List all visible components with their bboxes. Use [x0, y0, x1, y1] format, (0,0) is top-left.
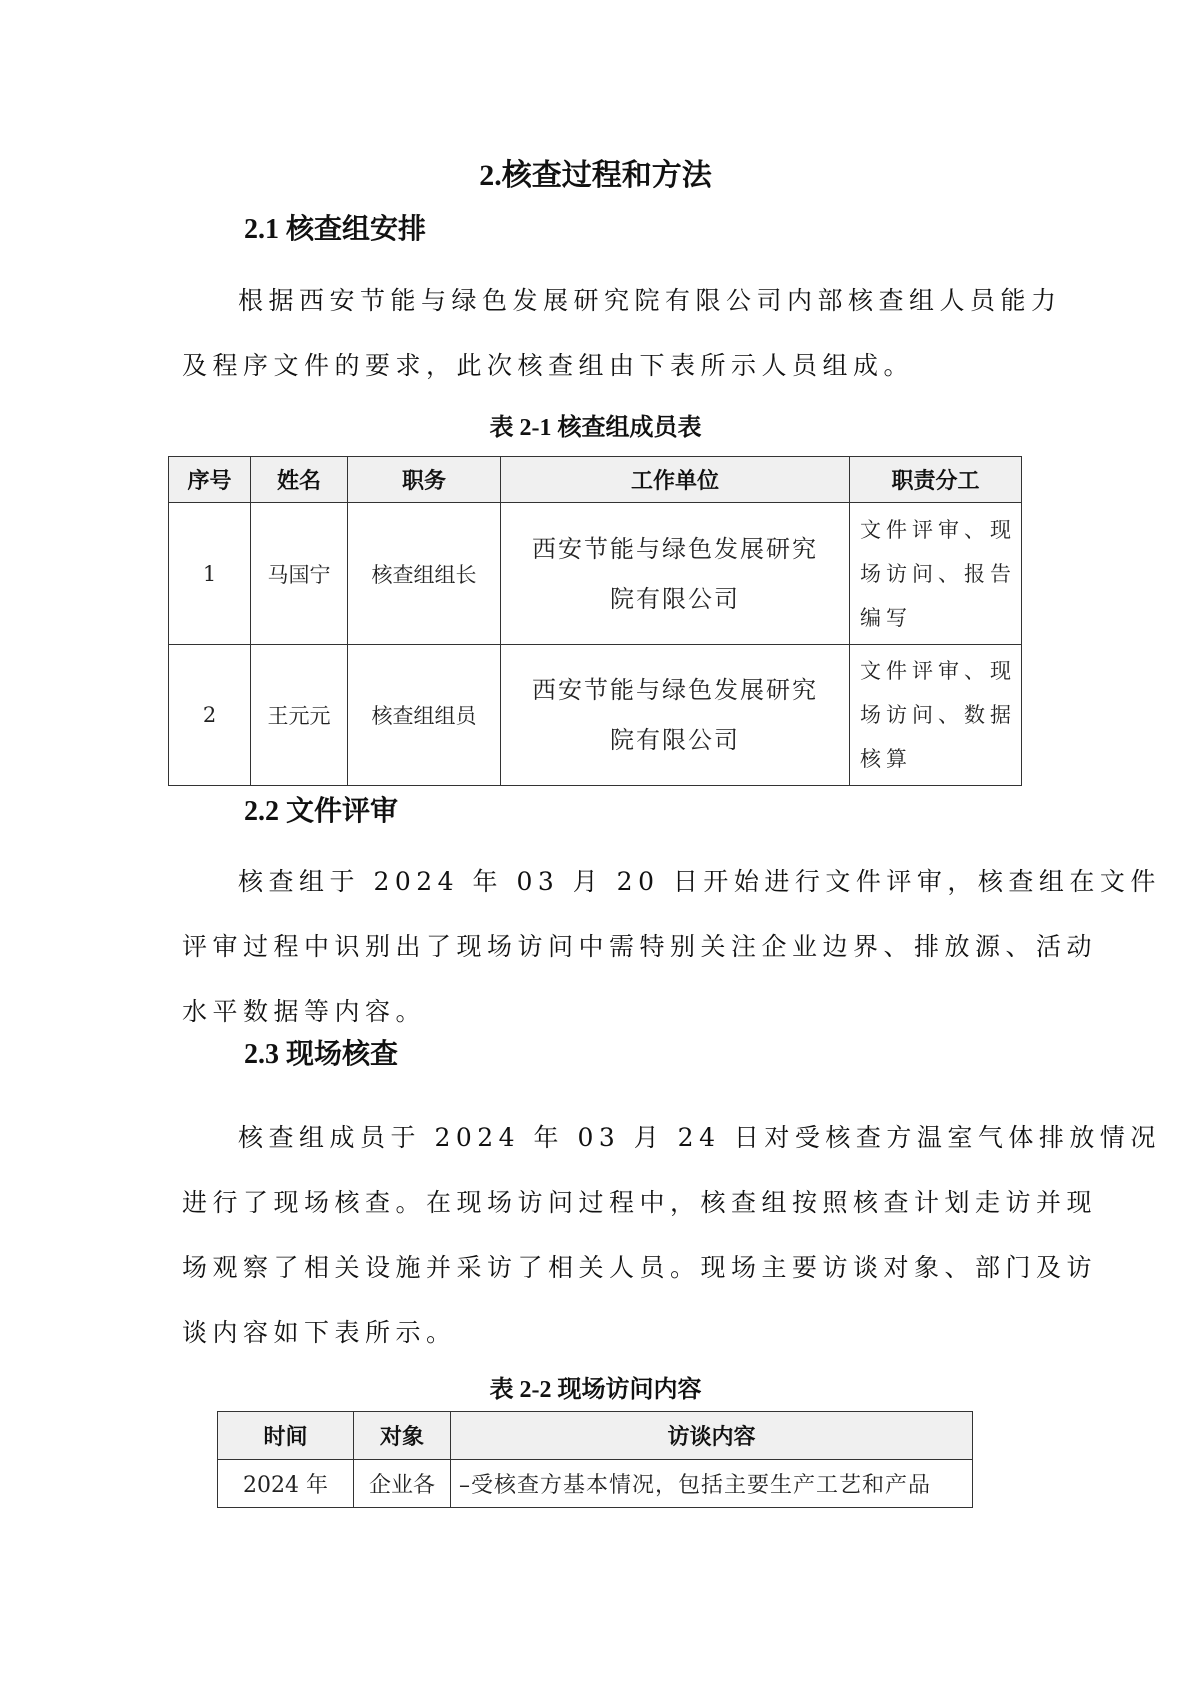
paragraph-line: 场观察了相关设施并采访了相关人员。现场主要访谈对象、部门及访: [182, 1235, 1022, 1300]
paragraph-line: 核查组于 2024 年 03 月 20 日开始进行文件评审，核查组在文件: [182, 849, 1022, 914]
table-header-row: 时间 对象 访谈内容: [218, 1412, 973, 1460]
cell-duty-line: 编写: [860, 596, 1021, 640]
cell-content: –受核查方基本情况，包括主要生产工艺和产品: [451, 1460, 973, 1508]
cell-time: 2024 年: [218, 1460, 354, 1508]
header-cell-duty: 职责分工: [850, 457, 1022, 503]
table-row: 1 马国宁 核查组组长 西安节能与绿色发展研究 院有限公司 文件评审、现 场访问…: [169, 503, 1022, 645]
paragraph-line: 核查组成员于 2024 年 03 月 24 日对受核查方温室气体排放情况: [182, 1105, 1022, 1170]
header-cell-unit: 工作单位: [501, 457, 850, 503]
cell-no: 2: [169, 645, 251, 786]
cell-duty: 文件评审、现 场访问、报告 编写: [850, 503, 1022, 645]
cell-unit-line: 西安节能与绿色发展研究: [501, 524, 849, 574]
paragraph-2-1: 根据西安节能与绿色发展研究院有限公司内部核查组人员能力 及程序文件的要求，此次核…: [182, 268, 1022, 398]
header-cell-target: 对象: [354, 1412, 451, 1460]
cell-unit-line: 院有限公司: [501, 574, 849, 624]
cell-duty-line: 场访问、数据: [860, 693, 1021, 737]
paragraph-2-2: 核查组于 2024 年 03 月 20 日开始进行文件评审，核查组在文件 评审过…: [182, 849, 1022, 1044]
table-header-row: 序号 姓名 职务 工作单位 职责分工: [169, 457, 1022, 503]
paragraph-2-3: 核查组成员于 2024 年 03 月 24 日对受核查方温室气体排放情况 进行了…: [182, 1105, 1022, 1365]
cell-name: 马国宁: [251, 503, 348, 645]
cell-duty-line: 场访问、报告: [860, 552, 1021, 596]
table-2-1-caption: 表 2-1 核查组成员表: [0, 413, 1191, 443]
table-row: 2 王元元 核查组组员 西安节能与绿色发展研究 院有限公司 文件评审、现 场访问…: [169, 645, 1022, 786]
header-cell-no: 序号: [169, 457, 251, 503]
table-row: 2024 年 企业各 –受核查方基本情况，包括主要生产工艺和产品: [218, 1460, 973, 1508]
cell-unit-line: 西安节能与绿色发展研究: [501, 665, 849, 715]
paragraph-line: 进行了现场核查。在现场访问过程中，核查组按照核查计划走访并现: [182, 1170, 1022, 1235]
paragraph-line: 及程序文件的要求，此次核查组由下表所示人员组成。: [182, 333, 1022, 398]
cell-duty-line: 核算: [860, 737, 1021, 781]
header-cell-content: 访谈内容: [451, 1412, 973, 1460]
table-2-2-caption: 表 2-2 现场访问内容: [0, 1375, 1191, 1405]
table-2-2: 时间 对象 访谈内容 2024 年 企业各 –受核查方基本情况，包括主要生产工艺…: [217, 1411, 973, 1508]
cell-unit: 西安节能与绿色发展研究 院有限公司: [501, 503, 850, 645]
cell-unit-line: 院有限公司: [501, 715, 849, 765]
paragraph-line: 根据西安节能与绿色发展研究院有限公司内部核查组人员能力: [182, 268, 1022, 333]
heading-2-1: 2.1 核查组安排: [244, 213, 426, 247]
section-title: 2.核查过程和方法: [0, 158, 1191, 194]
cell-duty: 文件评审、现 场访问、数据 核算: [850, 645, 1022, 786]
header-cell-name: 姓名: [251, 457, 348, 503]
cell-no: 1: [169, 503, 251, 645]
header-cell-time: 时间: [218, 1412, 354, 1460]
cell-role: 核查组组长: [348, 503, 501, 645]
table-2-1: 序号 姓名 职务 工作单位 职责分工 1 马国宁 核查组组长 西安节能与绿色发展…: [168, 456, 1022, 786]
cell-unit: 西安节能与绿色发展研究 院有限公司: [501, 645, 850, 786]
paragraph-line: 谈内容如下表所示。: [182, 1300, 1022, 1365]
heading-2-3: 2.3 现场核查: [244, 1038, 398, 1072]
heading-2-2: 2.2 文件评审: [244, 795, 398, 829]
paragraph-line: 水平数据等内容。: [182, 979, 1022, 1044]
header-cell-role: 职务: [348, 457, 501, 503]
paragraph-line: 评审过程中识别出了现场访问中需特别关注企业边界、排放源、活动: [182, 914, 1022, 979]
cell-target: 企业各: [354, 1460, 451, 1508]
cell-duty-line: 文件评审、现: [860, 649, 1021, 693]
cell-name: 王元元: [251, 645, 348, 786]
cell-role: 核查组组员: [348, 645, 501, 786]
cell-duty-line: 文件评审、现: [860, 508, 1021, 552]
